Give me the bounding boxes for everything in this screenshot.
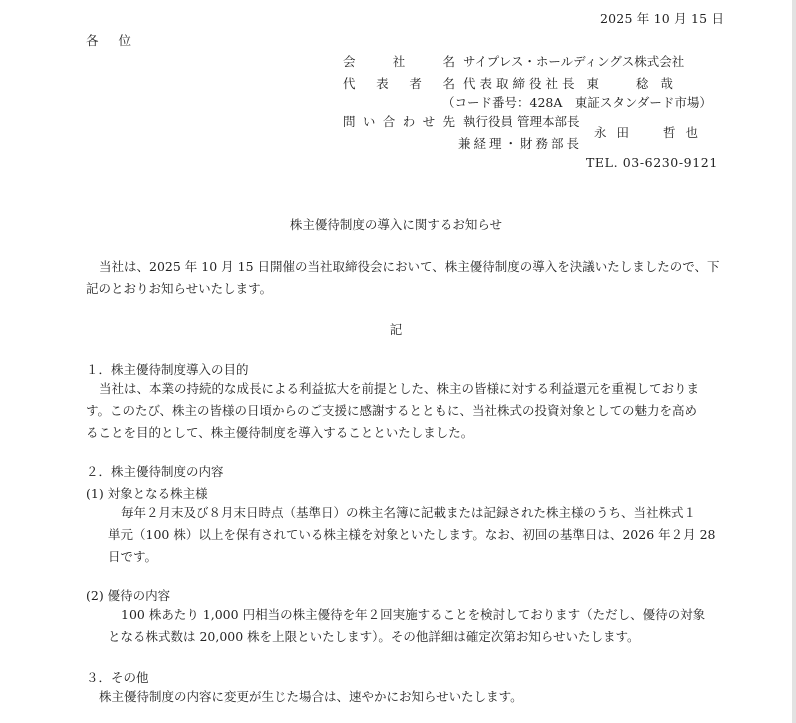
ki-heading: 記 — [0, 320, 792, 338]
section1-line: ることを目的として、株主優待制度を導入することといたしました。 — [86, 422, 708, 444]
intro-paragraph: 当社は、2025 年 10 月 15 日開催の当社取締役会において、株主優待制度… — [86, 256, 708, 300]
section1-line: す。このたび、株主の皆様の日頃からのご支援に感謝するとともに、当社株式の投資対象… — [86, 400, 708, 422]
page-edge-scrollbar[interactable] — [792, 0, 796, 723]
section2-sub2-paragraph: 100 株あたり 1,000 円相当の株主優待を年２回実施することを検討しており… — [108, 604, 708, 648]
section1-paragraph: 当社は、本業の持続的な成長による利益拡大を前提とした、株主の皆様に対する利益還元… — [86, 378, 708, 444]
sub1-line: 単元（100 株）以上を保有されている株主様を対象といたします。なお、初回の基準… — [108, 524, 708, 546]
sub1-line: 日です。 — [108, 546, 708, 568]
addressee: 各 位 — [86, 31, 139, 49]
document-page: 2025 年 10 月 15 日 各 位 会 社 名 サイプレス・ホールディング… — [0, 0, 792, 723]
section3-paragraph: 株主優待制度の内容に変更が生じた場合は、速やかにお知らせいたします。 — [86, 686, 708, 708]
document-date: 2025 年 10 月 15 日 — [600, 9, 724, 27]
sub2-line: 100 株あたり 1,000 円相当の株主優待を年２回実施することを検討しており… — [108, 604, 708, 626]
section3-line: 株主優待制度の内容に変更が生じた場合は、速やかにお知らせいたします。 — [86, 686, 708, 708]
company-name-value: サイプレス・ホールディングス株式会社 — [463, 54, 684, 69]
contact-telephone: TEL. 03-6230-9121 — [586, 155, 718, 170]
section2-sub1-heading: (1) 対象となる株主様 — [86, 484, 208, 502]
section2-sub2-heading: (2) 優待の内容 — [86, 586, 170, 604]
document-title: 株主優待制度の導入に関するお知らせ — [0, 215, 792, 233]
section3-heading: ３．その他 — [86, 668, 149, 686]
section2-sub1-paragraph: 毎年２月末及び８月末日時点（基準日）の株主名簿に記載または記録された株主様のうち… — [108, 502, 708, 568]
section2-heading: ２．株主優待制度の内容 — [86, 462, 224, 480]
contact-title-line1: 執行役員 管理本部長 — [463, 114, 579, 129]
section1-line: 当社は、本業の持続的な成長による利益拡大を前提とした、株主の皆様に対する利益還元… — [86, 378, 708, 400]
contact-label: 問い合わせ先 — [343, 112, 455, 130]
representative-value: 代表取締役社長 東 稔 哉 — [463, 76, 677, 91]
representative-label: 代 表 者 名 — [343, 74, 455, 92]
intro-line: 当社は、2025 年 10 月 15 日開催の当社取締役会において、株主優待制度… — [86, 256, 708, 278]
contact-row: 問い合わせ先 執行役員 管理本部長 — [343, 112, 579, 130]
contact-title-line2: 兼経理・財務部長 — [458, 134, 582, 152]
intro-line: 記のとおりお知らせいたします。 — [86, 278, 708, 300]
stock-code-note: （コード番号：428A 東証スタンダード市場） — [442, 93, 712, 111]
representative-row: 代 表 者 名 代表取締役社長 東 稔 哉 — [343, 74, 677, 92]
sub2-line: となる株式数は 20,000 株を上限といたします）。その他詳細は確定次第お知ら… — [108, 626, 708, 648]
company-name-row: 会 社 名 サイプレス・ホールディングス株式会社 — [343, 52, 684, 70]
sub1-line: 毎年２月末及び８月末日時点（基準日）の株主名簿に記載または記録された株主様のうち… — [108, 502, 708, 524]
contact-person-name: 永 田 哲 也 — [594, 123, 701, 141]
section1-heading: １．株主優待制度導入の目的 — [86, 360, 249, 378]
company-name-label: 会 社 名 — [343, 52, 455, 70]
